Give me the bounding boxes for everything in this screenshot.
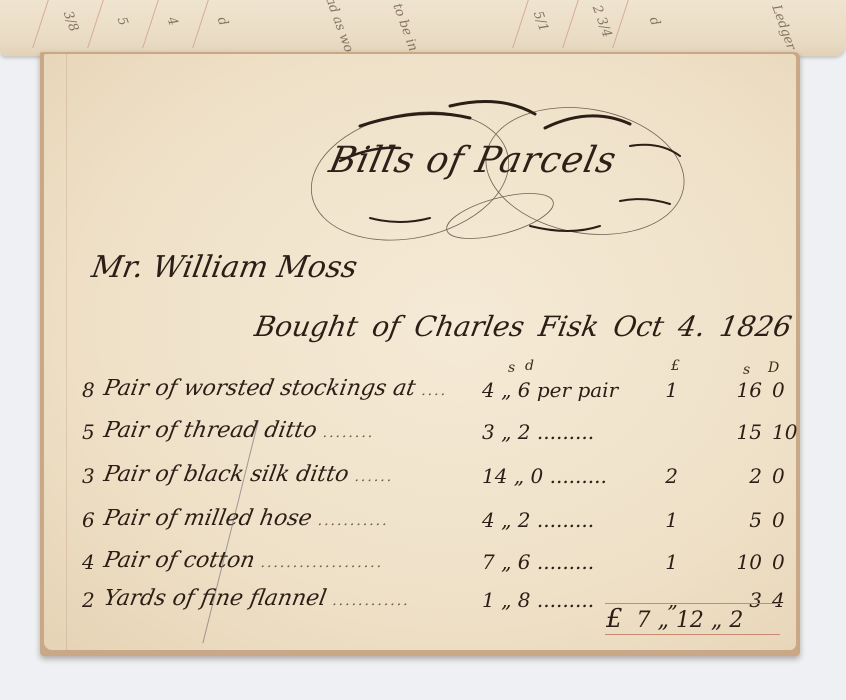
item-description: Pair of cotton ................... <box>102 548 387 573</box>
item-quantity: 4 <box>82 550 95 574</box>
bill-line-item: 6 Pair of milled hose ........... 4 „ 2 … <box>82 508 792 548</box>
vendor-line: Bought of Charles Fisk Oct 4. 1826 <box>252 310 794 343</box>
ruled-line <box>87 0 104 48</box>
page-fragment: d <box>646 15 663 28</box>
item-quantity: 3 <box>82 464 95 488</box>
item-unit-price: 3 „ 2 ......... <box>482 420 594 444</box>
bill-line-item: 4 Pair of cotton ................... 7 „… <box>82 550 792 590</box>
pound-sign: £ <box>606 604 623 634</box>
bill-line-item: 8 Pair of worsted stockings at .... 4 „ … <box>82 378 792 418</box>
item-pence: 4 <box>772 588 785 612</box>
item-description: Yards of fine flannel ............ <box>102 586 413 611</box>
bill-line-item: 3 Pair of black silk ditto ...... 14 „ 0… <box>82 464 792 504</box>
item-shillings: 2 <box>722 464 762 488</box>
bill-total: £7 „ 12 „ 2 <box>606 604 743 634</box>
ruled-line <box>512 0 529 48</box>
header-unit-pence: d <box>525 358 534 374</box>
header-total-shillings: s <box>743 362 750 378</box>
item-pence: 0 <box>772 378 785 402</box>
item-pence: 0 <box>772 550 785 574</box>
page-fragment: 4 <box>164 15 181 28</box>
item-unit-price: 7 „ 6 ......... <box>482 550 594 574</box>
ruled-line <box>562 0 579 48</box>
item-description: Pair of milled hose ........... <box>102 506 392 531</box>
item-pounds: 1 <box>660 550 678 574</box>
item-description: Pair of thread ditto ........ <box>102 418 378 443</box>
page-fragment: to be in <box>389 2 420 54</box>
customer-name: Mr. William Moss <box>89 250 360 285</box>
page-fragment: had as work <box>319 0 361 56</box>
item-shillings: 16 <box>722 378 762 402</box>
item-unit-price: 4 „ 2 ......... <box>482 508 594 532</box>
bill-line-item: 5 Pair of thread ditto ........ 3 „ 2 ..… <box>82 420 792 460</box>
page-fragment: Ledger <box>768 3 798 52</box>
header-total-pounds: £ <box>671 358 680 374</box>
ruled-line <box>612 0 629 48</box>
ruled-line <box>192 0 209 48</box>
header-total-pence: D <box>768 360 779 376</box>
page-title: Bills of Parcels <box>326 140 621 181</box>
ruled-line <box>32 0 49 48</box>
item-shillings: 15 <box>722 420 762 444</box>
item-description: Pair of black silk ditto ...... <box>102 462 397 487</box>
item-pounds: 1 <box>660 378 678 402</box>
item-pence: 10 <box>772 420 797 444</box>
total-pence: 2 <box>729 608 743 633</box>
total-rule-bottom <box>605 634 780 635</box>
item-quantity: 2 <box>82 588 95 612</box>
item-unit-price: 4 „ 6 per pair <box>482 378 618 402</box>
item-unit-price: 1 „ 8 ......... <box>482 588 594 612</box>
item-pounds: 1 <box>660 508 678 532</box>
item-quantity: 5 <box>82 420 95 444</box>
page-fragment: 3/8 <box>60 9 81 34</box>
header-unit-shillings: s <box>508 360 515 376</box>
total-shillings: 12 <box>676 608 704 633</box>
page-fragment: d <box>214 15 231 28</box>
ruled-line <box>142 0 159 48</box>
item-unit-price: 14 „ 0 ......... <box>482 464 607 488</box>
item-shillings: 5 <box>722 508 762 532</box>
page-fragment: 5/1 <box>530 9 551 34</box>
item-quantity: 8 <box>82 378 95 402</box>
total-pounds: 7 <box>637 608 651 633</box>
item-quantity: 6 <box>82 508 95 532</box>
page-fragment: 5 <box>114 15 131 28</box>
page-fragment: 2 3/4 <box>589 3 614 39</box>
item-shillings: 10 <box>722 550 762 574</box>
item-pounds: 2 <box>660 464 678 488</box>
item-pence: 0 <box>772 464 785 488</box>
previous-page-edge: 3/8 5 4 d had as work to be in 5/1 2 3/4… <box>0 0 846 56</box>
item-description: Pair of worsted stockings at .... <box>102 376 450 401</box>
item-pence: 0 <box>772 508 785 532</box>
margin-line <box>66 54 67 650</box>
